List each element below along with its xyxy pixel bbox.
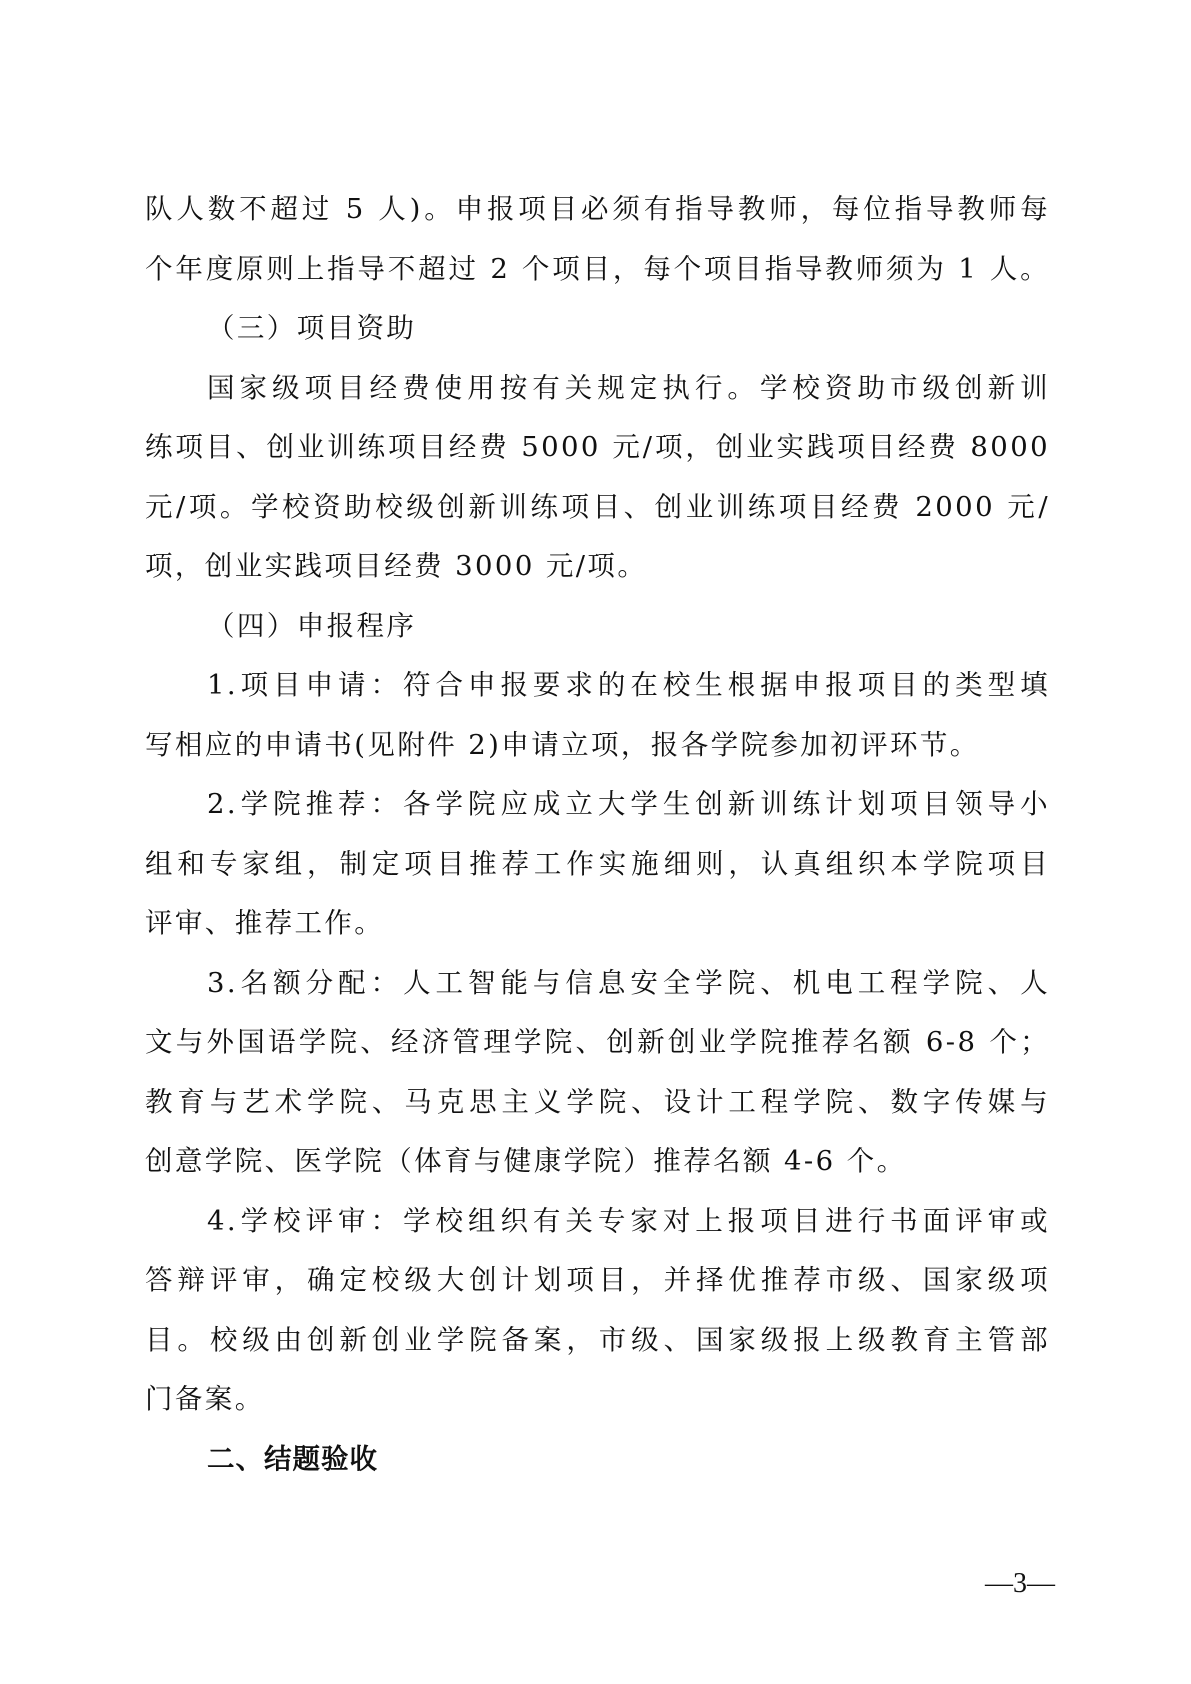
paragraph-line: 国家级项目经费使用按有关规定执行。学校资助市级创新训 [145, 359, 1050, 419]
paragraph-line: 3.名额分配：人工智能与信息安全学院、机电工程学院、人 [145, 954, 1050, 1014]
document-page: 队人数不超过 5 人)。申报项目必须有指导教师，每位指导教师每 个年度原则上指导… [0, 0, 1191, 1684]
paragraph-line: 个年度原则上指导不超过 2 个项目，每个项目指导教师须为 1 人。 [145, 240, 1050, 300]
paragraph-line: 答辩评审，确定校级大创计划项目，并择优推荐市级、国家级项 [145, 1251, 1050, 1311]
paragraph-line: 目。校级由创新创业学院备案，市级、国家级报上级教育主管部 [145, 1311, 1050, 1371]
paragraph-line: 1.项目申请：符合申报要求的在校生根据申报项目的类型填 [145, 656, 1050, 716]
paragraph-line: 组和专家组，制定项目推荐工作实施细则，认真组织本学院项目 [145, 835, 1050, 895]
paragraph-line: 文与外国语学院、经济管理学院、创新创业学院推荐名额 6-8 个； [145, 1013, 1050, 1073]
paragraph-line: 写相应的申请书(见附件 2)申请立项，报各学院参加初评环节。 [145, 716, 1050, 776]
subsection-heading-funding: （三）项目资助 [145, 299, 1050, 359]
paragraph-line: 元/项。学校资助校级创新训练项目、创业训练项目经费 2000 元/ [145, 478, 1050, 538]
paragraph-line: 门备案。 [145, 1370, 1050, 1430]
document-body: 队人数不超过 5 人)。申报项目必须有指导教师，每位指导教师每 个年度原则上指导… [145, 180, 1050, 1489]
paragraph-line: 队人数不超过 5 人)。申报项目必须有指导教师，每位指导教师每 [145, 180, 1050, 240]
subsection-heading-procedure: （四）申报程序 [145, 597, 1050, 657]
section-heading: 二、结题验收 [145, 1430, 1050, 1490]
paragraph-line: 练项目、创业训练项目经费 5000 元/项，创业实践项目经费 8000 [145, 418, 1050, 478]
page-number: —3— [985, 1568, 1055, 1600]
paragraph-line: 创意学院、医学院（体育与健康学院）推荐名额 4-6 个。 [145, 1132, 1050, 1192]
paragraph-line: 项，创业实践项目经费 3000 元/项。 [145, 537, 1050, 597]
paragraph-line: 2.学院推荐：各学院应成立大学生创新训练计划项目领导小 [145, 775, 1050, 835]
paragraph-line: 4.学校评审：学校组织有关专家对上报项目进行书面评审或 [145, 1192, 1050, 1252]
paragraph-line: 教育与艺术学院、马克思主义学院、设计工程学院、数字传媒与 [145, 1073, 1050, 1133]
paragraph-line: 评审、推荐工作。 [145, 894, 1050, 954]
